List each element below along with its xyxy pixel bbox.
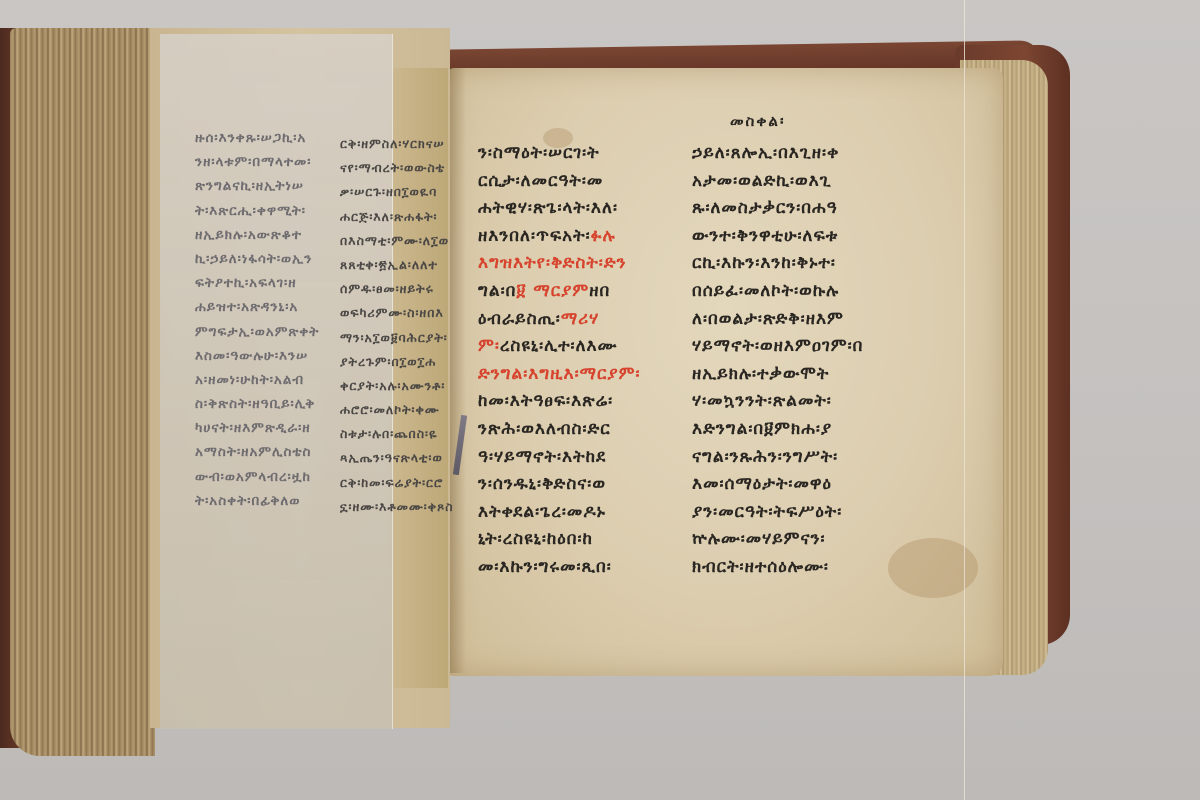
text-line: ዘእንበለ፡ጥፍአት፡ፉሉ xyxy=(478,223,641,251)
text-line: አታመ፡ወልድኪ፡ወእጊ xyxy=(692,168,863,196)
text-line: ቀርያት፡አሉ፡አሙንቶ፡ xyxy=(340,374,454,398)
text-line: ርሲታ፡ለመርዓት፡መ xyxy=(478,168,641,196)
text-line: ኗ፡ዘሙ፡እቶመሙ፡ቀጾስ xyxy=(340,495,454,519)
text-line: ዕብራይስጢ፡ማሪሃ xyxy=(478,306,641,334)
text-line: ኪ፡ኃይለ፡ነፋሳት፡ወኢን xyxy=(195,247,319,271)
right-page-column-2: ኃይለ፡ጸሎኢ፡በእጊዘ፡ቀ አታመ፡ወልድኪ፡ወእጊ ጹ፡ለመስታቃርን፡በሐ… xyxy=(692,140,863,582)
text-line: ናግል፡ንጹሕን፡ንግሥት፡ xyxy=(692,444,863,472)
text-line: ንጽሕ፡ወእለብስ፡ድር xyxy=(478,416,641,444)
text-line: ያን፡መርዓት፡ትፍሥዕት፡ xyxy=(692,499,863,527)
text-line: እድንግል፡በ፱ምክሐ፡ያ xyxy=(692,416,863,444)
text-line: ዘኢይክሉ፡አውጽቆተ xyxy=(195,223,319,247)
text-line: ጸጸቲቀ፡፳ኢል፡ለለተ xyxy=(340,253,454,277)
text-line: እስመ፡ዓውሉሁ፡እንሠ xyxy=(195,344,319,368)
text-line: ንዘ፡ላቱም፡በማላተመ፡ xyxy=(195,150,319,174)
text-line: ሃ፡መኳንንት፡ጽልመት፡ xyxy=(692,388,863,416)
text-line: ሐርጅ፡እለ፡ጽሐፋት፡ xyxy=(340,205,454,229)
text-line: ጽንግልናኪ፡ዘኢትነሠ xyxy=(195,174,319,198)
text-line: ውንተ፡ቅንዋቲሁ፡ለፍቱ xyxy=(692,223,863,251)
text-line: ኵሉሙ፡መሃይምናን፡ xyxy=(692,526,863,554)
text-line: ዓ፡ሃይማኖት፡እትከደ xyxy=(478,444,641,472)
left-page-column-2: ርቅ፡ዘምስለ፡ሃርክናሠ ናየ፡ማብረት፡ወውስቴ ቃ፡ሠርጉ፡ዘበ፲ወዪባ … xyxy=(340,132,454,519)
running-head: መስቀል፡ xyxy=(730,112,785,130)
text-line: ፍትዖተኪ፡አፍላገ፡ዘ xyxy=(195,271,319,295)
text-line: ምግፍታኢ፡ወአምጽቀት xyxy=(195,320,319,344)
text-line: ማን፡አ፲ወ፱ባሕርያት፡ xyxy=(340,326,454,350)
text-line: ዙሰ፡እንቀጹ፡ሠጋኪ፡አ xyxy=(195,126,319,150)
text-line: ርቅ፡ዘምስለ፡ሃርክናሠ xyxy=(340,132,454,156)
text-line: ጹ፡ለመስታቃርን፡በሐዓ xyxy=(692,195,863,223)
text-line: ርኪ፡እኩን፡እንከ፡ቅኑተ፡ xyxy=(692,250,863,278)
text-line: ካሀናት፡ዘእምጽዲራ፡ዘ xyxy=(195,416,319,440)
text-line: አማስት፡ዘአምሊስቴስ xyxy=(195,440,319,464)
right-page-column-1: ን፡ስማዕት፡ሠርገ፡ት ርሲታ፡ለመርዓት፡መ ሐትዊሃ፡ጽጌ፡ላት፡እለ፡ … xyxy=(478,140,641,582)
text-line: ን፡ሰንዱኒ፡ቅድስና፡ወ xyxy=(478,471,641,499)
text-line: ስ፡ቅጽስት፡ዘዓቢይ፡ሊቅ xyxy=(195,392,319,416)
text-line: ግል፡በ፱ ማርያምዘበ xyxy=(478,278,641,306)
text-line: ዘኢይክሉ፡ተቃውሞት xyxy=(692,361,863,389)
rubric-line: እግዝእትየ፡ቅድስት፡ድን xyxy=(478,250,641,278)
text-line: ሐሮሮ፡መለኮት፡ቀሙ xyxy=(340,398,454,422)
text-line: ት፡እጽርሒ፡ቀዋሚት፡ xyxy=(195,199,319,223)
text-line: ያትረጉም፡በ፲ወ፲ሐ xyxy=(340,350,454,374)
text-line: ት፡አስቀት፡በፊቅለወ xyxy=(195,489,319,513)
text-line: ም፡ረስዩኒ፡ሊተ፡ለእሙ xyxy=(478,333,641,361)
text-line: ውብ፡ወአምላብረ፡ዟከ xyxy=(195,465,319,489)
text-line: እመ፡ሰማዕታት፡መዋዕ xyxy=(692,471,863,499)
rubric-line: ድንግል፡እግዚእ፡ማርያም፡ xyxy=(478,361,641,389)
text-line: ቃ፡ሠርጉ፡ዘበ፲ወዪባ xyxy=(340,180,454,204)
text-line: ሐትዊሃ፡ጽጌ፡ላት፡እለ፡ xyxy=(478,195,641,223)
text-line: መ፡እኩን፡ግሩመ፡ጺበ፡ xyxy=(478,554,641,582)
left-page-stack-edges xyxy=(10,28,155,756)
text-line: ከመ፡እትዓፀፍ፡እጽሬ፡ xyxy=(478,388,641,416)
left-page-column-1-through-tissue: ዙሰ፡እንቀጹ፡ሠጋኪ፡አ ንዘ፡ላቱም፡በማላተመ፡ ጽንግልናኪ፡ዘኢትነሠ… xyxy=(195,126,319,513)
text-line: ናየ፡ማብረት፡ወውስቴ xyxy=(340,156,454,180)
text-line: በእስማቲ፡ምሙ፡ለ፲ወ xyxy=(340,229,454,253)
text-line: ሰምዱ፡ፀመ፡ዘይትሩ xyxy=(340,277,454,301)
text-line: ወፍካሪምሙ፡ስ፡ዘበእ xyxy=(340,301,454,325)
text-line: ኒት፡ረስዩኒ፡ከዕበ፡ከ xyxy=(478,526,641,554)
text-line: ኃይለ፡ጸሎኢ፡በእጊዘ፡ቀ xyxy=(692,140,863,168)
text-line: ጻኢጤን፡ዓናጽላቲ፡ወ xyxy=(340,446,454,470)
text-line: እትቀደል፡ጌረ፡መዶኑ xyxy=(478,499,641,527)
text-line: ርቅ፡ከመ፡ፍሬያት፡ርሮ xyxy=(340,471,454,495)
text-line: ስቱታ፡ሉበ፡ጨበስ፡ዬ xyxy=(340,422,454,446)
text-line: ሐይዝተ፡አጽዳንኒ፡አ xyxy=(195,295,319,319)
text-line: በሰይፈ፡መለኮት፡ወኩሉ xyxy=(692,278,863,306)
text-line: ሃይማኖት፡ወዘእምዐገም፡በ xyxy=(692,333,863,361)
text-line: አ፡ዘመነ፡ሁከት፡አልብ xyxy=(195,368,319,392)
text-line: ን፡ስማዕት፡ሠርገ፡ት xyxy=(478,140,641,168)
loose-thread xyxy=(964,0,965,800)
text-line: ክብርት፡ዘተሰዕሎሙ፡ xyxy=(692,554,863,582)
text-line: ለ፡በወልታ፡ጽድቅ፡ዘእም xyxy=(692,306,863,334)
